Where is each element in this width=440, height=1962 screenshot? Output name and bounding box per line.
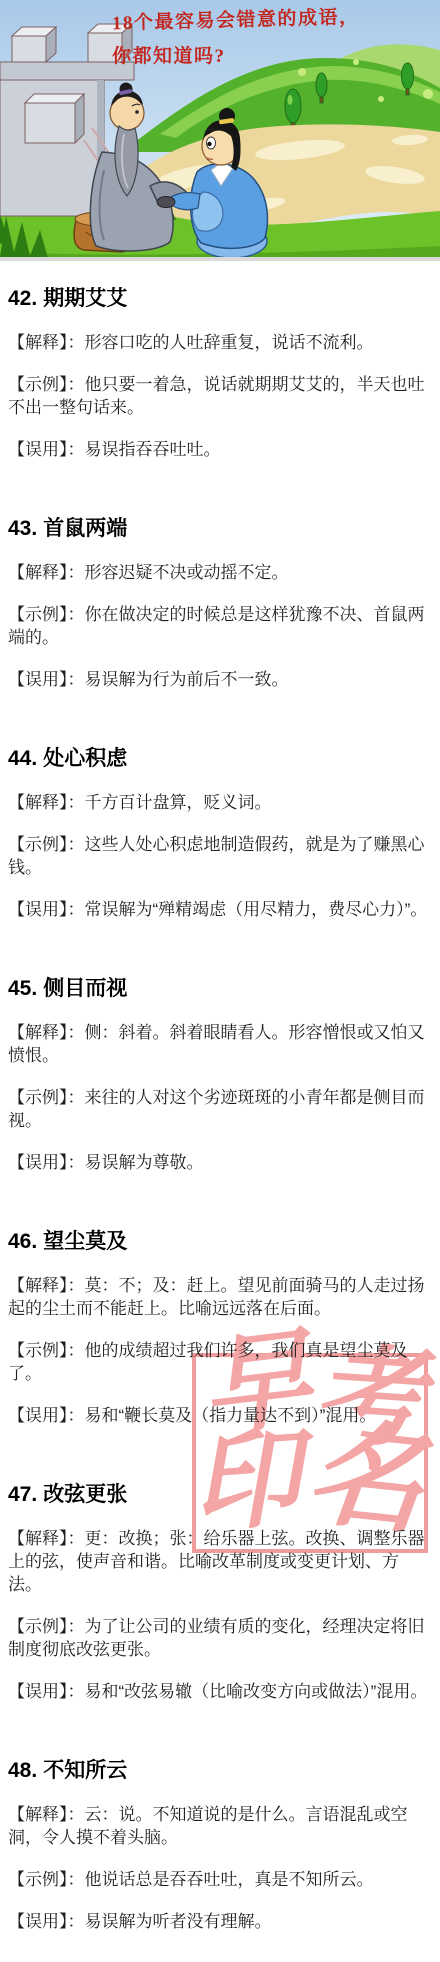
misuse-text: 【误用】：易误解为尊敬。 bbox=[8, 1151, 432, 1174]
example-text: 【示例】：他只要一着急，说话就期期艾艾的，半天也吐不出一整句话来。 bbox=[8, 373, 432, 419]
misuse-text: 【误用】：易误解为行为前后不一致。 bbox=[8, 668, 432, 691]
idiom-heading: 47.改弦更张 bbox=[8, 1481, 432, 1508]
cartoon-scene: 18个最容易会错意的成语， 你都知道吗? bbox=[0, 0, 440, 261]
example-text: 【示例】：你在做决定的时候总是这样犹豫不决、首鼠两端的。 bbox=[8, 603, 432, 649]
idiom-entry-46: 46.望尘莫及 【解释】：莫：不；及：赶上。望见前面骑马的人走过扬起的尘土而不能… bbox=[8, 1228, 432, 1427]
article-page: 18个最容易会错意的成语， 你都知道吗? 早 考 印 名 42.期期艾艾 【解释… bbox=[0, 0, 440, 1962]
idiom-name: 首鼠两端 bbox=[43, 517, 127, 540]
idiom-entry-43: 43.首鼠两端 【解释】：形容迟疑不决或动摇不定。 【示例】：你在做决定的时候总… bbox=[8, 515, 432, 691]
idiom-heading: 42.期期艾艾 bbox=[8, 285, 432, 312]
idiom-name: 期期艾艾 bbox=[43, 287, 127, 310]
idiom-list: 42.期期艾艾 【解释】：形容口吃的人吐辞重复，说话不流利。 【示例】：他只要一… bbox=[0, 285, 440, 1933]
definition-text: 【解释】：云：说。不知道说的是什么。言语混乱或空洞，令人摸不着头脑。 bbox=[8, 1803, 432, 1849]
example-text: 【示例】：来往的人对这个劣迹斑斑的小青年都是侧目而视。 bbox=[8, 1086, 432, 1132]
misuse-text: 【误用】：易和“鞭长莫及（指力量达不到）”混用。 bbox=[8, 1404, 432, 1427]
example-text: 【示例】：这些人处心积虑地制造假药，就是为了赚黑心钱。 bbox=[8, 833, 432, 879]
idiom-number: 48. bbox=[8, 1759, 37, 1782]
idiom-number: 44. bbox=[8, 747, 37, 770]
idiom-name: 侧目而视 bbox=[43, 977, 127, 1000]
idiom-entry-45: 45.侧目而视 【解释】：侧：斜着。斜着眼睛看人。形容憎恨或又怕又愤恨。 【示例… bbox=[8, 975, 432, 1174]
example-text: 【示例】：为了让公司的业绩有质的变化，经理决定将旧制度彻底改弦更张。 bbox=[8, 1615, 432, 1661]
idiom-number: 45. bbox=[8, 977, 37, 1000]
definition-text: 【解释】：侧：斜着。斜着眼睛看人。形容憎恨或又怕又愤恨。 bbox=[8, 1021, 432, 1067]
idiom-number: 47. bbox=[8, 1483, 37, 1506]
idiom-number: 46. bbox=[8, 1230, 37, 1253]
idiom-heading: 43.首鼠两端 bbox=[8, 515, 432, 542]
definition-text: 【解释】：更：改换；张：给乐器上弦。改换、调整乐器上的弦，使声音和谐。比喻改革制… bbox=[8, 1527, 432, 1596]
hero-illustration: 18个最容易会错意的成语， 你都知道吗? bbox=[0, 0, 440, 261]
idiom-number: 43. bbox=[8, 517, 37, 540]
misuse-text: 【误用】：易和“改弦易辙（比喻改变方向或做法）”混用。 bbox=[8, 1680, 432, 1703]
misuse-text: 【误用】：易误解为听者没有理解。 bbox=[8, 1910, 432, 1933]
idiom-entry-42: 42.期期艾艾 【解释】：形容口吃的人吐辞重复，说话不流利。 【示例】：他只要一… bbox=[8, 285, 432, 461]
idiom-heading: 44.处心积虑 bbox=[8, 745, 432, 772]
idiom-heading: 48.不知所云 bbox=[8, 1757, 432, 1784]
example-text: 【示例】：他说话总是吞吞吐吐，真是不知所云。 bbox=[8, 1868, 432, 1891]
idiom-heading: 46.望尘莫及 bbox=[8, 1228, 432, 1255]
idiom-name: 不知所云 bbox=[43, 1759, 127, 1782]
idiom-entry-48: 48.不知所云 【解释】：云：说。不知道说的是什么。言语混乱或空洞，令人摸不着头… bbox=[8, 1757, 432, 1933]
misuse-text: 【误用】：易误指吞吞吐吐。 bbox=[8, 438, 432, 461]
hero-caption-line2: 你都知道吗? bbox=[112, 44, 226, 67]
idiom-name: 望尘莫及 bbox=[43, 1230, 127, 1253]
example-text: 【示例】：他的成绩超过我们许多，我们真是望尘莫及了。 bbox=[8, 1339, 432, 1385]
idiom-name: 改弦更张 bbox=[43, 1483, 127, 1506]
young-man-hand bbox=[157, 197, 175, 208]
definition-text: 【解释】：千方百计盘算，贬义词。 bbox=[8, 791, 432, 814]
definition-text: 【解释】：形容迟疑不决或动摇不定。 bbox=[8, 561, 432, 584]
definition-text: 【解释】：形容口吃的人吐辞重复，说话不流利。 bbox=[8, 331, 432, 354]
idiom-number: 42. bbox=[8, 287, 37, 310]
misuse-text: 【误用】：常误解为“殚精竭虑（用尽精力，费尽心力）”。 bbox=[8, 898, 432, 921]
idiom-name: 处心积虑 bbox=[43, 747, 127, 770]
idiom-entry-47: 47.改弦更张 【解释】：更：改换；张：给乐器上弦。改换、调整乐器上的弦，使声音… bbox=[8, 1481, 432, 1703]
hero-bottom-border bbox=[0, 257, 440, 261]
definition-text: 【解释】：莫：不；及：赶上。望见前面骑马的人走过扬起的尘土而不能赶上。比喻远远落… bbox=[8, 1274, 432, 1320]
idiom-heading: 45.侧目而视 bbox=[8, 975, 432, 1002]
idiom-entry-44: 44.处心积虑 【解释】：千方百计盘算，贬义词。 【示例】：这些人处心积虑地制造… bbox=[8, 745, 432, 921]
